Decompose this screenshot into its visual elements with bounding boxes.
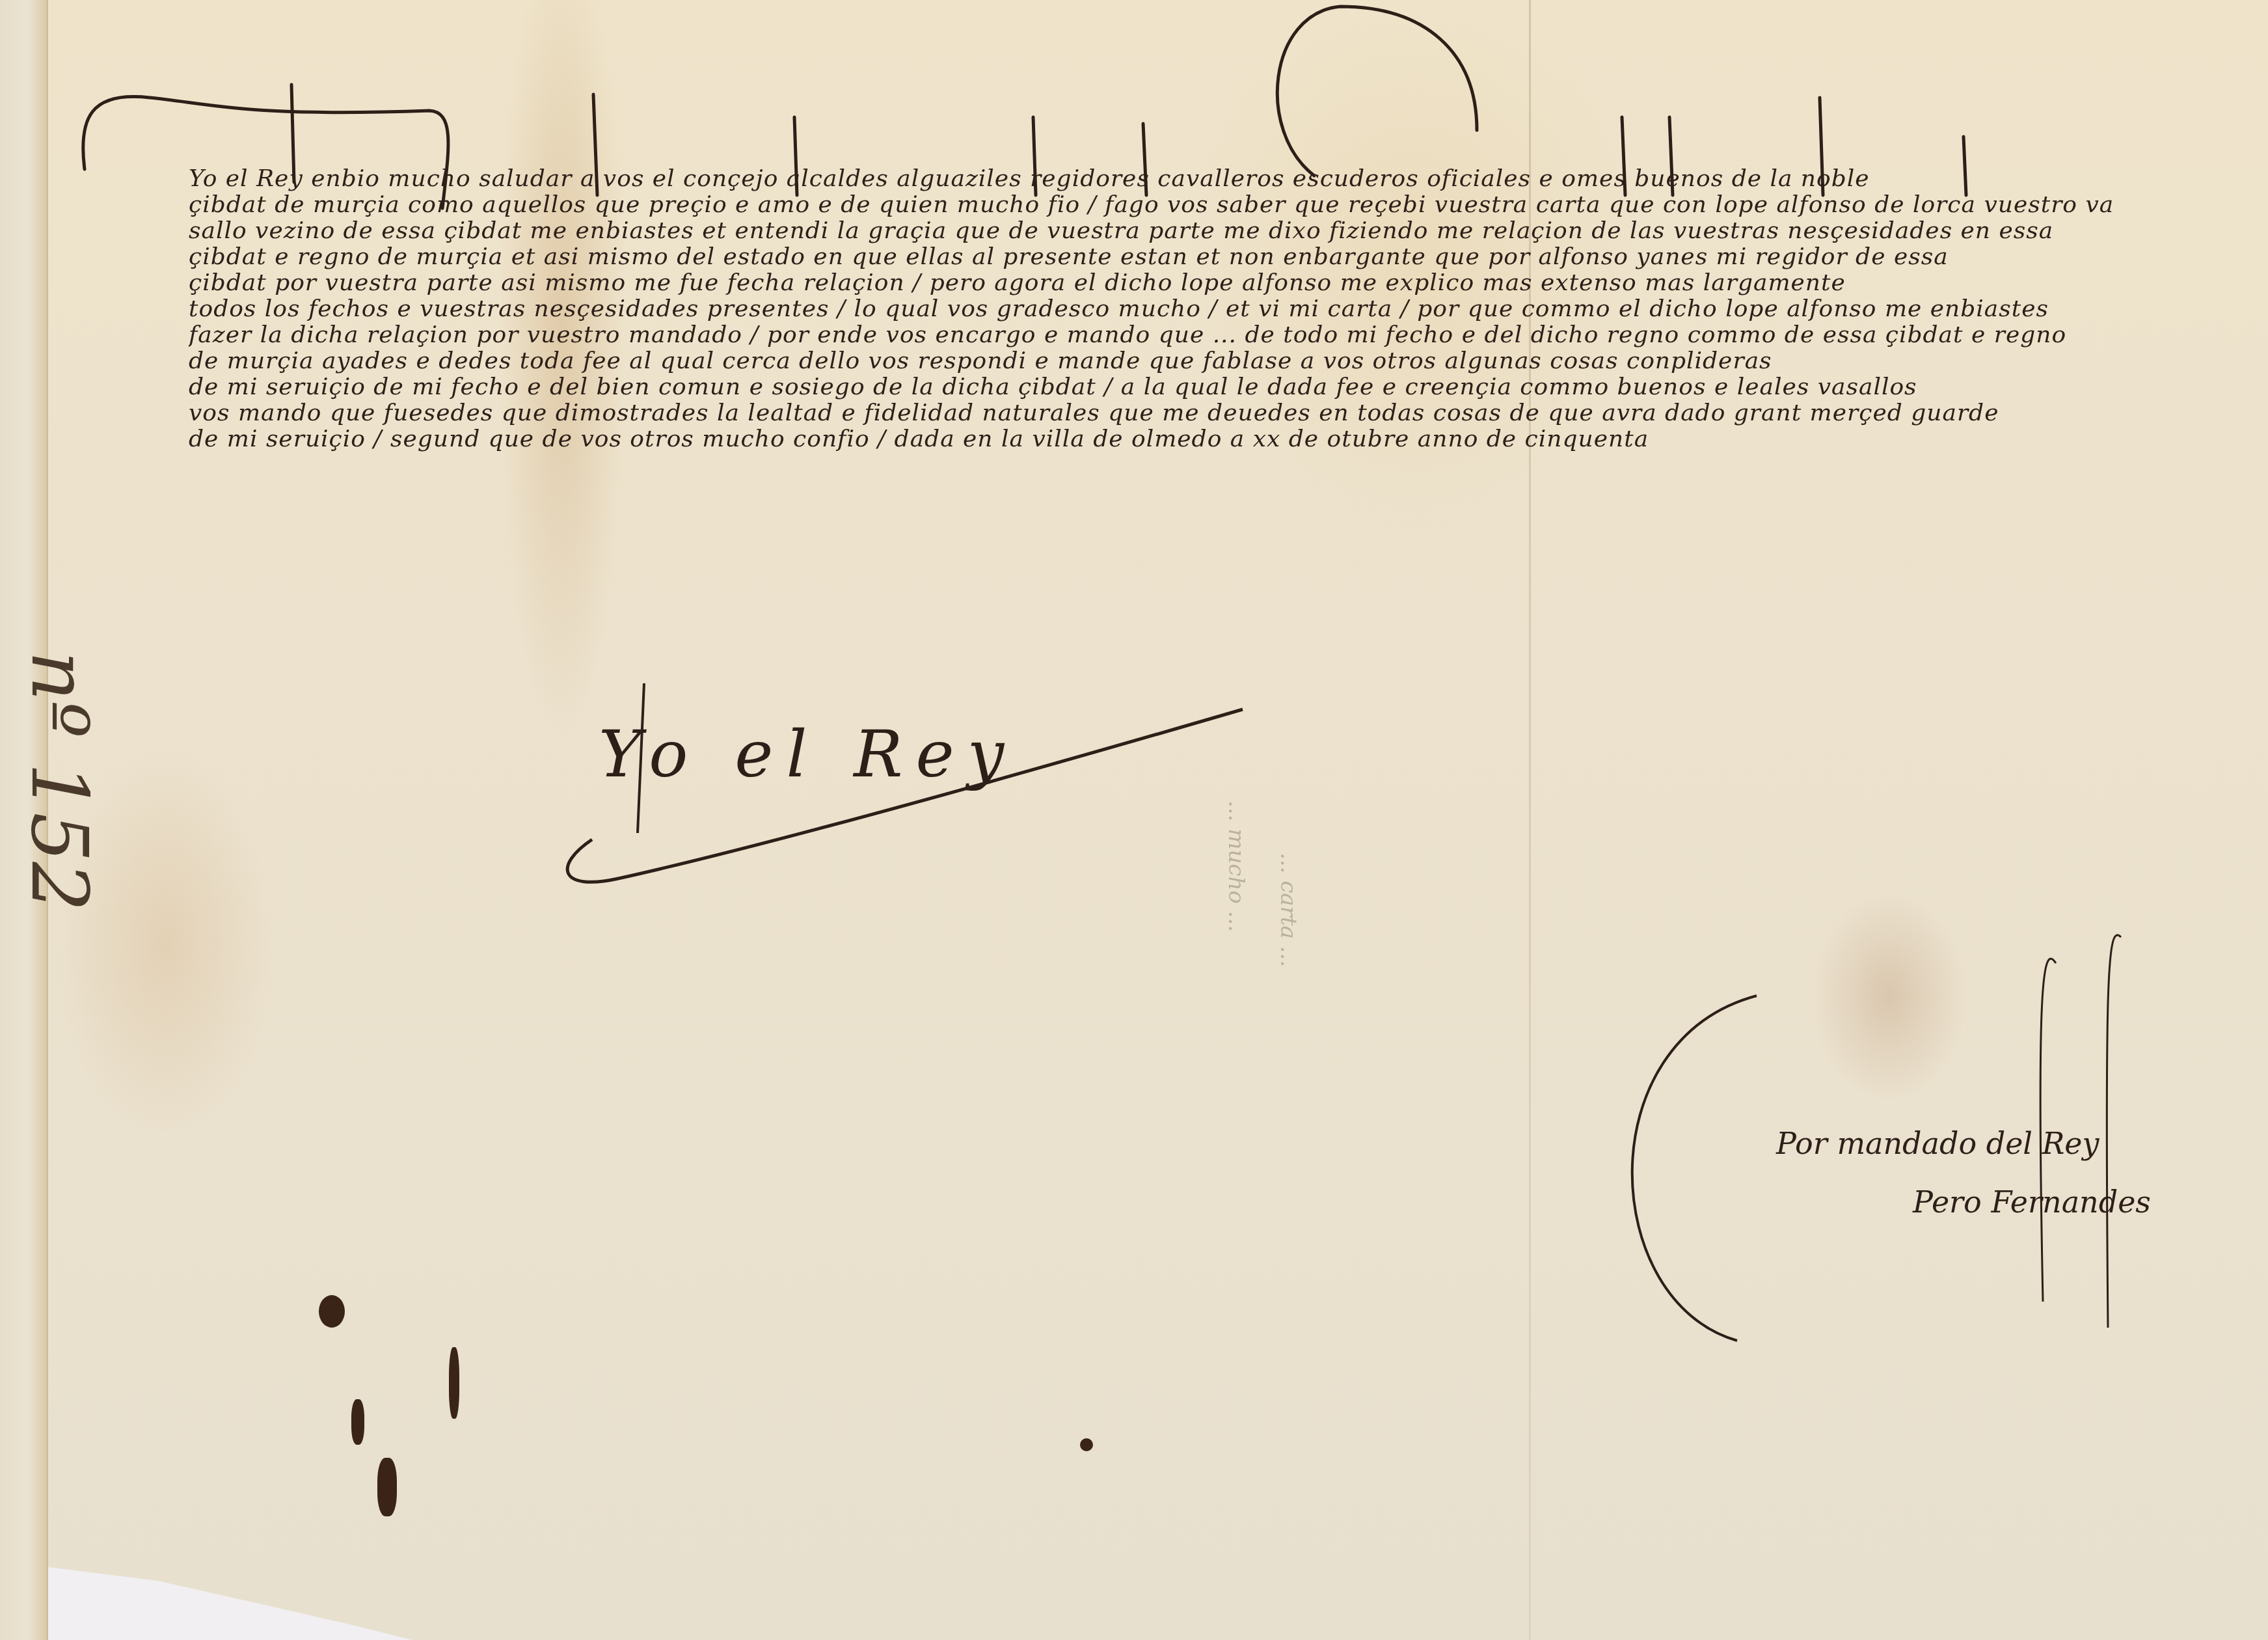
body-line-9: de mi seruiçio de mi fecho e del bien co… [189,374,2140,400]
ink-blot [377,1458,397,1516]
countersign-line-1: Por mandado del Rey [1776,1126,2099,1161]
body-line-4: çibdat e regno de murçia et asi mismo de… [189,244,2140,270]
royal-signature: Yo el Rey [540,670,1256,885]
ink-blot [319,1295,345,1328]
body-line-2: çibdat de murçia como aquellos que preçi… [189,192,2140,218]
body-line-8: de murçia ayades e dedes toda fee al qua… [189,348,2140,374]
signature-text: Yo el Rey [599,716,1017,792]
body-line-1: Yo el Rey enbio mucho saludar a vos el c… [189,166,2140,192]
letter-body: Yo el Rey enbio mucho saludar a vos el c… [189,166,2140,452]
body-line-6: todos los fechos e vuestras nesçesidades… [189,296,2140,322]
countersignature: Por mandado del Rey Pero Fernandes [1587,911,2173,1367]
body-line-3: sallo vezino de essa çibdat me enbiastes… [189,218,2140,244]
ink-blot [1080,1438,1093,1451]
body-line-10: vos mando que fuesedes que dimostrades l… [189,400,2140,426]
body-line-11: de mi seruiçio / segund que de vos otros… [189,426,2140,452]
bleed-line-2: ... carta ... [1275,853,1301,967]
bleed-through-text: ... mucho ... ... carta ... [1171,800,1340,1464]
countersign-line-2: Pero Fernandes [1913,1184,2151,1220]
body-line-7: fazer la dicha relaçion por vuestro mand… [189,322,2140,348]
body-line-5: çibdat por vuestra parte asi mismo me fu… [189,270,2140,296]
ink-blot [449,1347,459,1419]
ink-blot [351,1399,364,1445]
margin-note: nº 152 [14,651,104,912]
bleed-line-1: ... mucho ... [1223,800,1249,932]
